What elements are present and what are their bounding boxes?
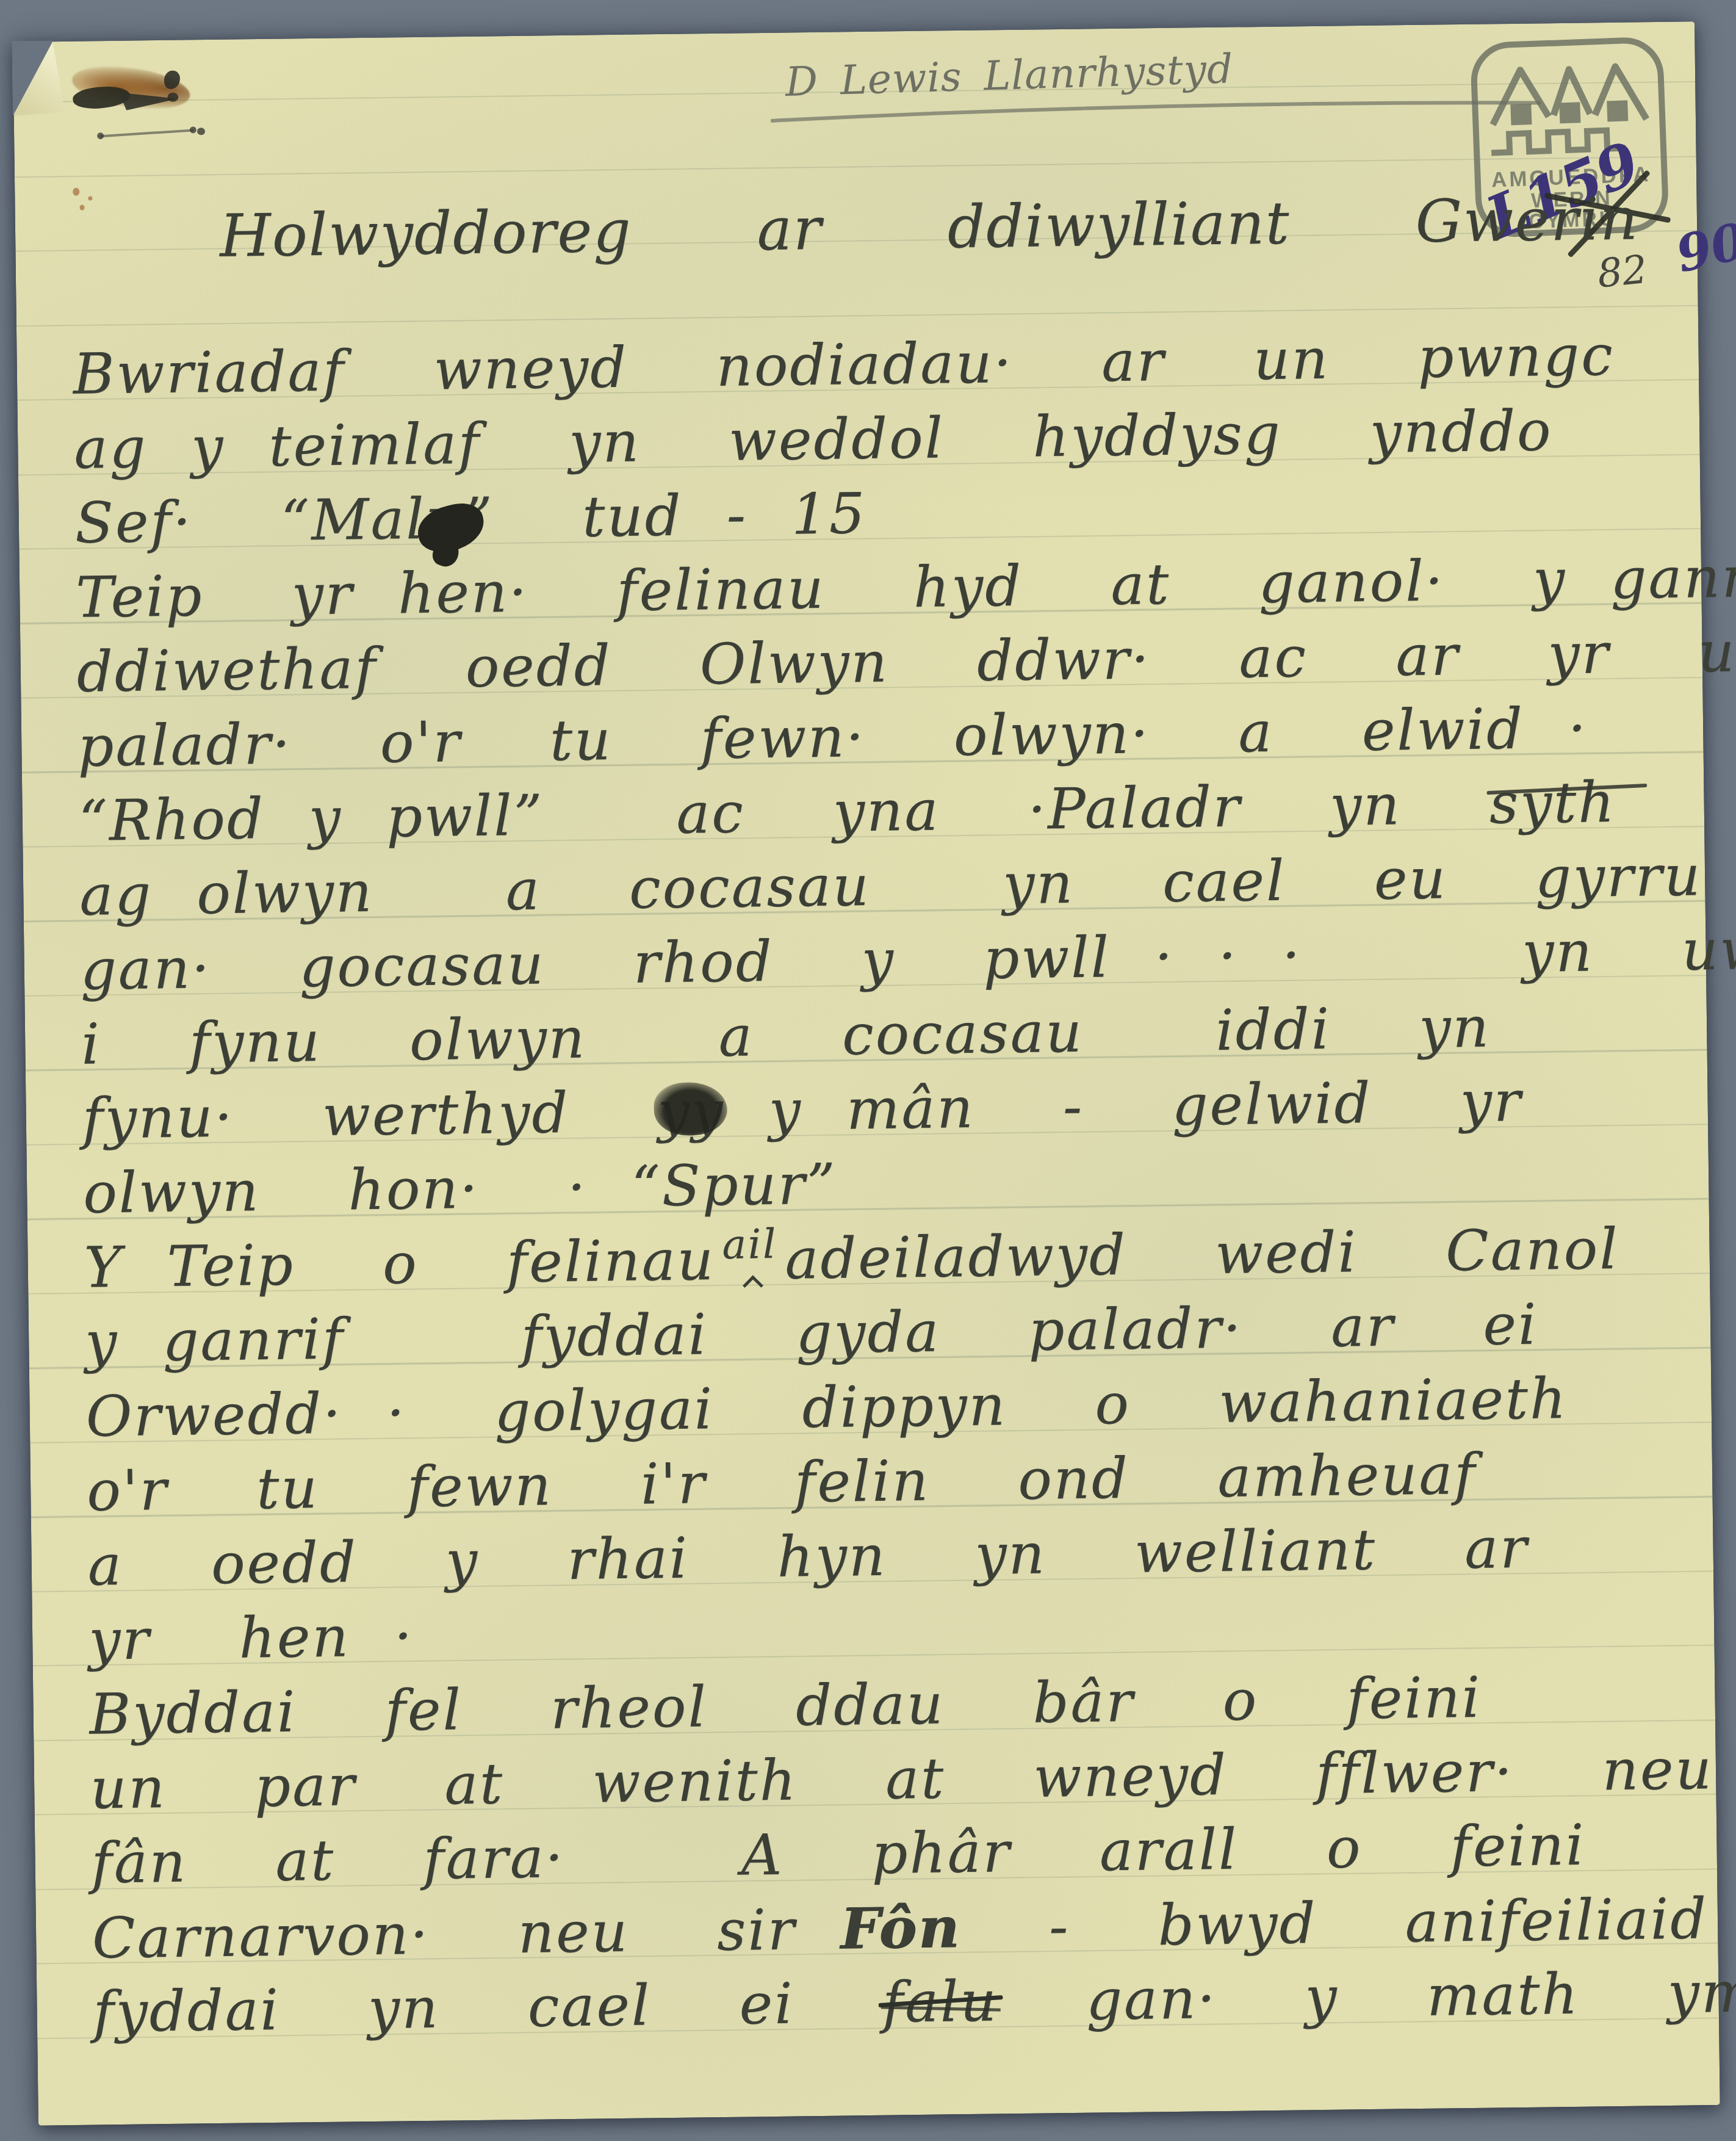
manuscript-segment: Bwriadaf wneyd nodiadau· ar un pwngc [73,323,1615,407]
rust-speck [73,188,79,196]
rust-speck [88,196,92,200]
pencil-dot [197,128,205,135]
manuscript-segment-tbar: syth [1489,770,1616,837]
manuscript-segment-insert: ail [722,1220,778,1268]
rust-speck [80,205,85,211]
manuscript-paper: D Lewis Llanrhystyd AMGUEDDFA WERIN CYMR… [13,21,1720,2125]
accession-crossed-value: 90. [1671,208,1736,284]
manuscript-segment: Y Teip o felinau [84,1227,715,1301]
manuscript-segment-heavy: Fôn [840,1894,961,1962]
pencil-mark [99,129,194,137]
manuscript-segment-blot: u [425,486,464,552]
manuscript-segment: fyddai yn cael ei [93,1970,883,2045]
manuscript-segment: gan· y math yma [998,1959,1736,2034]
manuscript-segment: ” tud - 15 [463,481,867,551]
manuscript-segment-strike: falu [882,1968,998,2035]
manuscript-segment: Sef· “Mal [74,486,426,556]
manuscript-title: Holwyddoreg ar ddiwylliant Gwerin [219,184,1639,270]
manuscript-segment: - bwyd anifeiliaid [960,1886,1709,1960]
page-number: 82 [1596,247,1649,297]
manuscript-segment: yr hen · [88,1603,414,1673]
manuscript-lines: Bwriadaf wneyd nodiadau· ar un pwngcag y… [73,322,1692,2054]
pencil-annotation: D Lewis Llanrhystyd [785,45,1234,106]
manuscript-segment-scribble: yy [657,1078,725,1144]
manuscript-segment: y mân - gelwid yr [724,1069,1522,1144]
scanned-page-background: D Lewis Llanrhystyd AMGUEDDFA WERIN CYMR… [0,0,1736,2141]
manuscript-segment: adeiladwyd wedi Canol [785,1216,1619,1292]
manuscript-segment: Carnarvon· neu sir [92,1897,841,1971]
manuscript-segment: fynu· werthyd [82,1079,658,1152]
manuscript-segment: olwyn hon· · “Spur” [83,1152,838,1226]
